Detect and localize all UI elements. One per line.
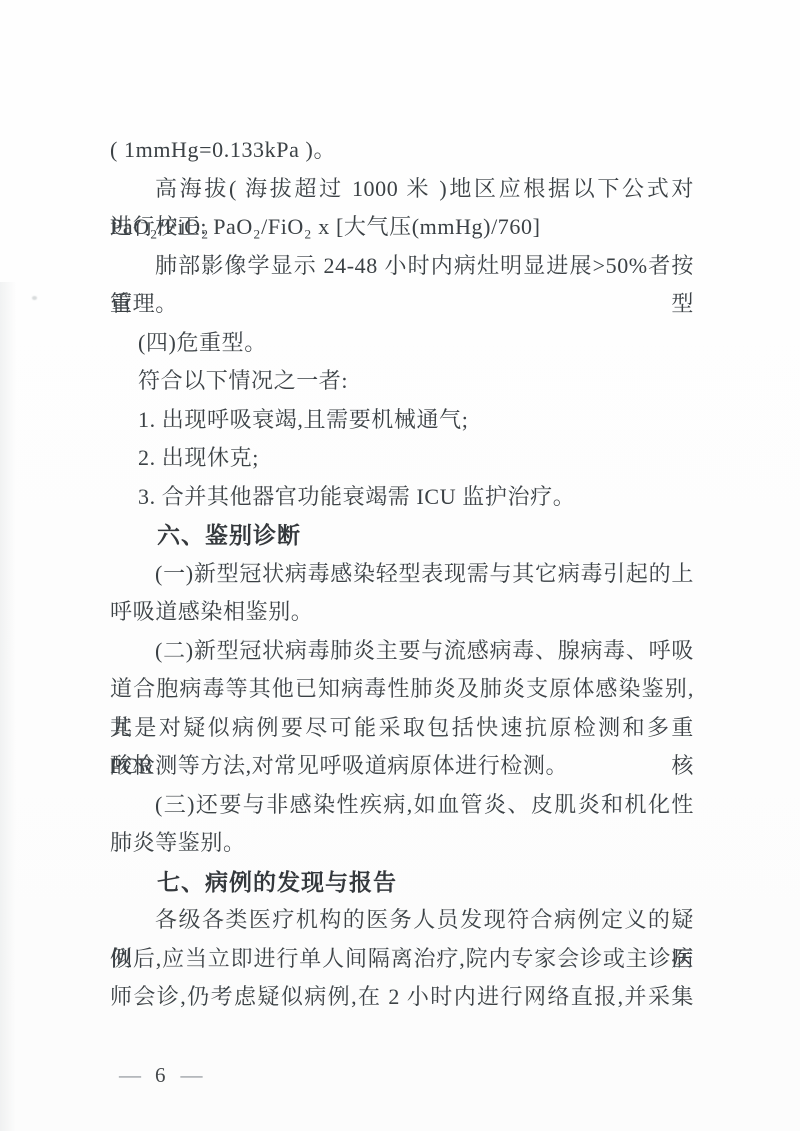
text-line: 进行校正: PaO₂/FiO₂ x [大气压(mmHg)/760]: [110, 208, 694, 247]
scan-edge-shading: [0, 282, 16, 1131]
document-body: ( 1mmHg=0.133kPa )。 高海拔( 海拔超过 1000 米 )地区…: [110, 131, 694, 1017]
page-footer: — 6 —: [119, 1061, 202, 1089]
text-line: 符合以下情况之一者:: [110, 362, 694, 401]
text-line: 呼吸道感染相鉴别。: [110, 593, 694, 632]
text-line: 肺部影像学显示 24-48 小时内病灶明显进展>50%者按重型: [110, 247, 694, 286]
text-line: 各级各类医疗机构的医务人员发现符合病例定义的疑似病: [110, 901, 694, 940]
list-item-line: 1. 出现呼吸衰竭,且需要机械通气;: [110, 401, 694, 440]
text-line: 肺炎等鉴别。: [110, 824, 694, 863]
text-line: 道合胞病毒等其他已知病毒性肺炎及肺炎支原体感染鉴别,尤: [110, 670, 694, 709]
page-number: 6: [155, 1063, 166, 1088]
text-line: (一)新型冠状病毒感染轻型表现需与其它病毒引起的上: [110, 555, 694, 594]
document-page: ( 1mmHg=0.133kPa )。 高海拔( 海拔超过 1000 米 )地区…: [0, 0, 800, 1131]
list-item-line: 3. 合并其他器官功能衰竭需 ICU 监护治疗。: [110, 478, 694, 517]
text-line: 其是对疑似病例要尽可能采取包括快速抗原检测和多重 PCR 核: [110, 709, 694, 748]
text-line: (四)危重型。: [110, 324, 694, 363]
text-line: 高海拔( 海拔超过 1000 米 )地区应根据以下公式对 PaO₂/FiO₂: [110, 170, 694, 209]
footer-left-dash: —: [119, 1062, 140, 1088]
text-line: (三)还要与非感染性疾病,如血管炎、皮肌炎和机化性: [110, 786, 694, 825]
text-line: (二)新型冠状病毒肺炎主要与流感病毒、腺病毒、呼吸: [110, 632, 694, 671]
list-item-line: 2. 出现休克;: [110, 439, 694, 478]
section-heading: 六、鉴别诊断: [110, 516, 694, 555]
text-line: 师会诊,仍考虑疑似病例,在 2 小时内进行网络直报,并采集: [110, 978, 694, 1017]
text-line: ( 1mmHg=0.133kPa )。: [110, 131, 694, 170]
section-heading: 七、病例的发现与报告: [110, 863, 694, 902]
scan-artifact: [32, 296, 37, 300]
text-line: 例后,应当立即进行单人间隔离治疗,院内专家会诊或主诊医: [110, 940, 694, 979]
footer-right-dash: —: [181, 1062, 202, 1088]
